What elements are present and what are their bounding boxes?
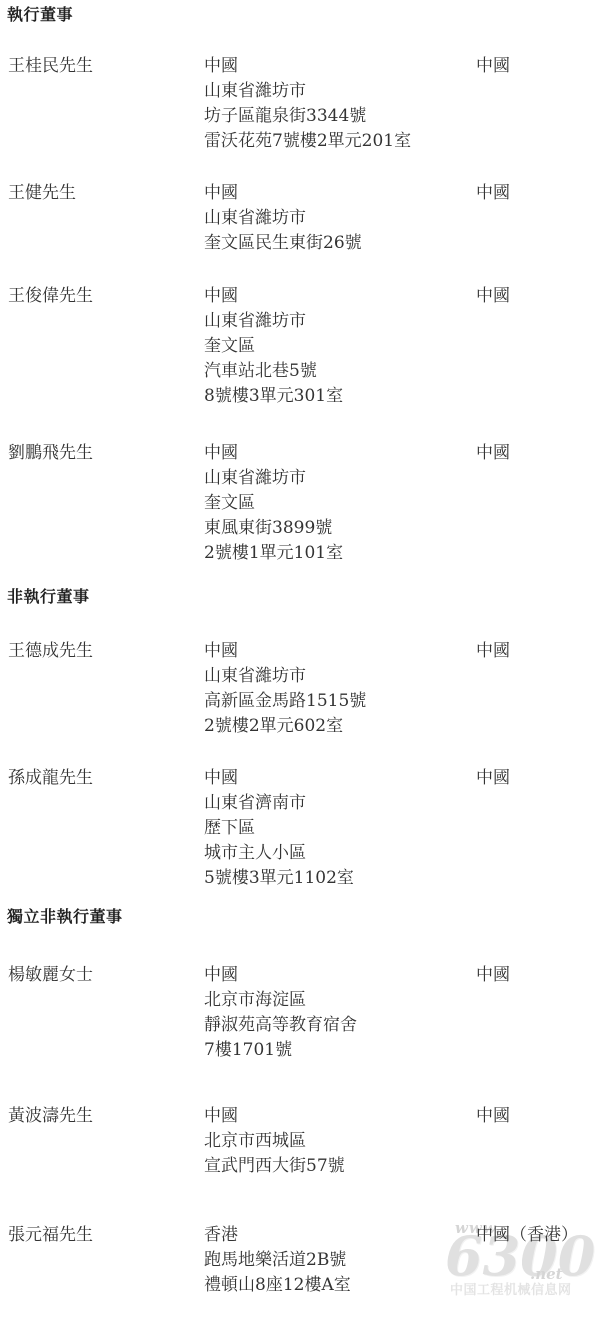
address-line: 山東省濟南市 (204, 791, 476, 816)
director-nationality: 中國 (476, 766, 600, 791)
director-address: 中國 山東省濟南市 歷下區 城市主人小區 5號樓3單元1102室 (204, 766, 476, 891)
director-nationality: 中國（香港） (476, 1223, 600, 1248)
director-name: 劉鵬飛先生 (0, 441, 204, 466)
address-line: 禮頓山8座12樓A室 (204, 1273, 476, 1298)
address-line: 香港 (204, 1223, 476, 1248)
director-name: 楊敏麗女士 (0, 963, 204, 988)
address-line: 城市主人小區 (204, 841, 476, 866)
address-line: 坊子區龍泉街3344號 (204, 104, 476, 129)
address-line: 奎文區 (204, 334, 476, 359)
address-line: 山東省濰坊市 (204, 309, 476, 334)
director-nationality: 中國 (476, 54, 600, 79)
director-address: 中國 北京市西城區 宣武門西大街57號 (204, 1104, 476, 1179)
address-line: 中國 (204, 639, 476, 664)
address-line: 2號樓1單元101室 (204, 541, 476, 566)
address-line: 北京市海淀區 (204, 988, 476, 1013)
address-line: 中國 (204, 963, 476, 988)
director-address: 中國 山東省濰坊市 奎文區 汽車站北巷5號 8號樓3單元301室 (204, 284, 476, 409)
director-row: 黃波濤先生 中國 北京市西城區 宣武門西大街57號 中國 (0, 1104, 600, 1179)
address-line: 中國 (204, 441, 476, 466)
address-line: 北京市西城區 (204, 1129, 476, 1154)
director-name: 王健先生 (0, 181, 204, 206)
address-line: 汽車站北巷5號 (204, 359, 476, 384)
address-line: 2號樓2單元602室 (204, 714, 476, 739)
address-line: 靜淑苑高等教育宿舍 (204, 1013, 476, 1038)
director-row: 王俊偉先生 中國 山東省濰坊市 奎文區 汽車站北巷5號 8號樓3單元301室 中… (0, 284, 600, 409)
address-line: 山東省濰坊市 (204, 466, 476, 491)
address-line: 奎文區民生東街26號 (204, 231, 476, 256)
address-line: 宣武門西大街57號 (204, 1154, 476, 1179)
director-name: 黃波濤先生 (0, 1104, 204, 1129)
director-nationality: 中國 (476, 181, 600, 206)
address-line: 歷下區 (204, 816, 476, 841)
director-row: 王健先生 中國 山東省濰坊市 奎文區民生東街26號 中國 (0, 181, 600, 256)
director-name: 王德成先生 (0, 639, 204, 664)
address-line: 中國 (204, 181, 476, 206)
director-name: 孫成龍先生 (0, 766, 204, 791)
director-nationality: 中國 (476, 639, 600, 664)
section-header-non-executive-directors: 非執行董事 (7, 585, 90, 610)
address-line: 中國 (204, 766, 476, 791)
director-name: 王俊偉先生 (0, 284, 204, 309)
section-header-independent-non-executive-directors: 獨立非執行董事 (7, 905, 123, 930)
section-header-executive-directors: 執行董事 (7, 3, 73, 28)
address-line: 中國 (204, 284, 476, 309)
director-row: 楊敏麗女士 中國 北京市海淀區 靜淑苑高等教育宿舍 7樓1701號 中國 (0, 963, 600, 1063)
address-line: 跑馬地樂活道2B號 (204, 1248, 476, 1273)
director-address: 中國 山東省濰坊市 奎文區 東風東街3899號 2號樓1單元101室 (204, 441, 476, 566)
director-address: 中國 北京市海淀區 靜淑苑高等教育宿舍 7樓1701號 (204, 963, 476, 1063)
address-line: 8號樓3單元301室 (204, 384, 476, 409)
director-nationality: 中國 (476, 441, 600, 466)
address-line: 中國 (204, 1104, 476, 1129)
director-row: 孫成龍先生 中國 山東省濟南市 歷下區 城市主人小區 5號樓3單元1102室 中… (0, 766, 600, 891)
address-line: 高新區金馬路1515號 (204, 689, 476, 714)
address-line: 山東省濰坊市 (204, 206, 476, 231)
director-nationality: 中國 (476, 1104, 600, 1129)
director-name: 張元福先生 (0, 1223, 204, 1248)
director-nationality: 中國 (476, 963, 600, 988)
director-row: 張元福先生 香港 跑馬地樂活道2B號 禮頓山8座12樓A室 中國（香港） (0, 1223, 600, 1298)
address-line: 5號樓3單元1102室 (204, 866, 476, 891)
directors-list-page: www. 6300 .net 中国工程机械信息网 執行董事 王桂民先生 中國 山… (0, 0, 600, 1318)
address-line: 中國 (204, 54, 476, 79)
director-address: 中國 山東省濰坊市 坊子區龍泉街3344號 雷沃花苑7號樓2單元201室 (204, 54, 476, 154)
address-line: 雷沃花苑7號樓2單元201室 (204, 129, 476, 154)
address-line: 奎文區 (204, 491, 476, 516)
director-address: 中國 山東省濰坊市 高新區金馬路1515號 2號樓2單元602室 (204, 639, 476, 739)
director-row: 王德成先生 中國 山東省濰坊市 高新區金馬路1515號 2號樓2單元602室 中… (0, 639, 600, 739)
director-row: 王桂民先生 中國 山東省濰坊市 坊子區龍泉街3344號 雷沃花苑7號樓2單元20… (0, 54, 600, 154)
director-address: 香港 跑馬地樂活道2B號 禮頓山8座12樓A室 (204, 1223, 476, 1298)
director-address: 中國 山東省濰坊市 奎文區民生東街26號 (204, 181, 476, 256)
address-line: 7樓1701號 (204, 1038, 476, 1063)
director-nationality: 中國 (476, 284, 600, 309)
address-line: 山東省濰坊市 (204, 664, 476, 689)
address-line: 山東省濰坊市 (204, 79, 476, 104)
director-name: 王桂民先生 (0, 54, 204, 79)
director-row: 劉鵬飛先生 中國 山東省濰坊市 奎文區 東風東街3899號 2號樓1單元101室… (0, 441, 600, 566)
address-line: 東風東街3899號 (204, 516, 476, 541)
